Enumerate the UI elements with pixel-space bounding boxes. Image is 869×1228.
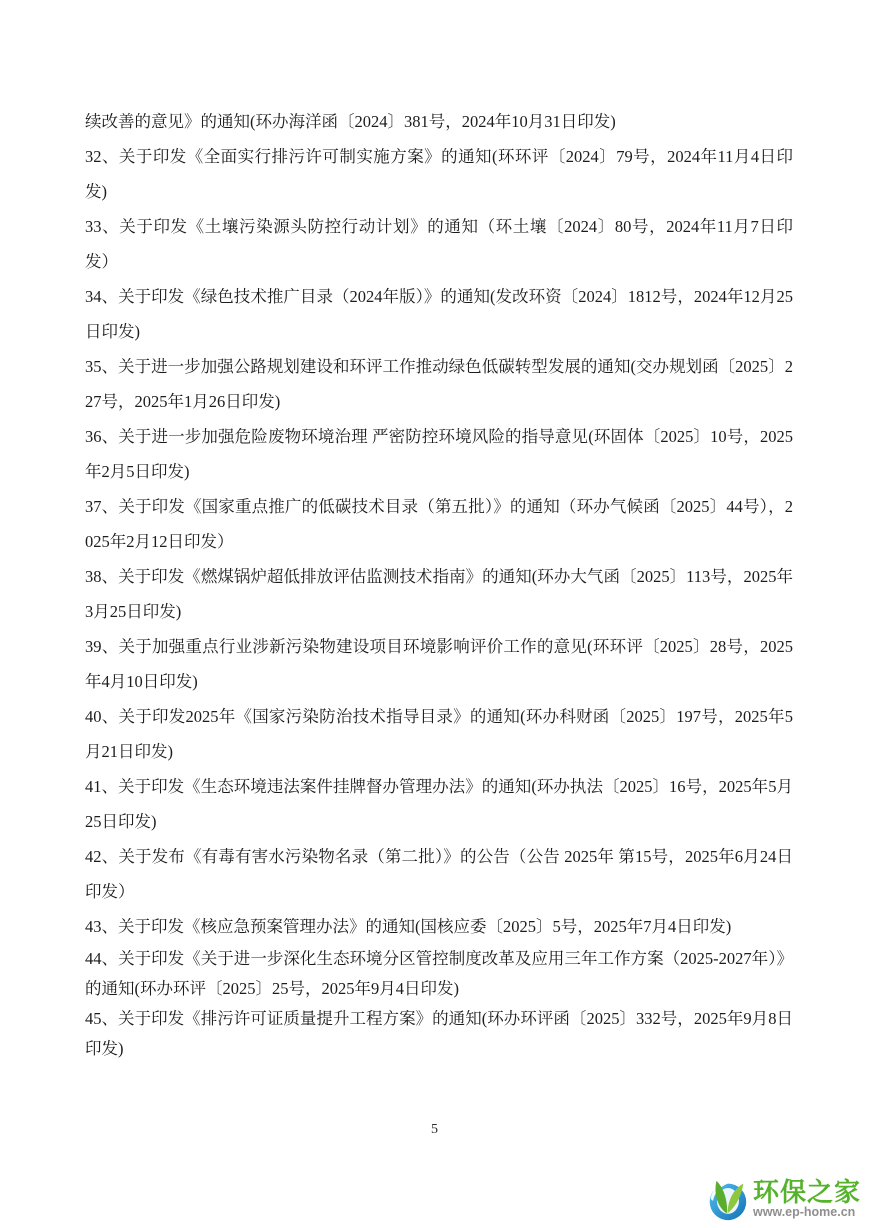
continuation-line: 续改善的意见》的通知(环办海洋函〔2024〕381号，2024年10月31日印发… [85, 104, 793, 139]
brand-name: 环保之家 [753, 1179, 861, 1205]
list-item: 41、关于印发《生态环境违法案件挂牌督办管理办法》的通知(环办执法〔2025〕1… [85, 769, 793, 839]
list-item: 32、关于印发《全面实行排污许可制实施方案》的通知(环环评〔2024〕79号，2… [85, 139, 793, 209]
list-item: 37、关于印发《国家重点推广的低碳技术目录（第五批）》的通知（环办气候函〔202… [85, 489, 793, 559]
list-item: 42、关于发布《有毒有害水污染物名录（第二批）》的公告（公告 2025年 第15… [85, 839, 793, 909]
list-item: 43、关于印发《核应急预案管理办法》的通知(国核应委〔2025〕5号，2025年… [85, 909, 793, 944]
list-item: 39、关于加强重点行业涉新污染物建设项目环境影响评价工作的意见(环环评〔2025… [85, 629, 793, 699]
list-item: 33、关于印发《土壤污染源头防控行动计划》的通知（环土壤〔2024〕80号，20… [85, 209, 793, 279]
list-item: 40、关于印发2025年《国家污染防治技术指导目录》的通知(环办科财函〔2025… [85, 699, 793, 769]
watermark-text-block: 环保之家 www.ep-home.cn [753, 1179, 861, 1219]
brand-url: www.ep-home.cn [753, 1206, 861, 1219]
list-item: 34、关于印发《绿色技术推广目录（2024年版）》的通知(发改环资〔2024〕1… [85, 279, 793, 349]
list-item: 44、关于印发《关于进一步深化生态环境分区管控制度改革及应用三年工作方案（202… [85, 944, 793, 1004]
list-item: 45、关于印发《排污许可证质量提升工程方案》的通知(环办环评函〔2025〕332… [85, 1004, 793, 1064]
document-body: 续改善的意见》的通知(环办海洋函〔2024〕381号，2024年10月31日印发… [85, 104, 793, 1064]
leaf-sprout-icon [703, 1175, 751, 1223]
document-page: 续改善的意见》的通知(环办海洋函〔2024〕381号，2024年10月31日印发… [0, 0, 869, 1228]
list-item: 35、关于进一步加强公路规划建设和环评工作推动绿色低碳转型发展的通知(交办规划函… [85, 349, 793, 419]
watermark-logo: 环保之家 www.ep-home.cn [703, 1175, 861, 1223]
page-number: 5 [0, 1122, 869, 1138]
list-item: 38、关于印发《燃煤锅炉超低排放评估监测技术指南》的通知(环办大气函〔2025〕… [85, 559, 793, 629]
list-item: 36、关于进一步加强危险废物环境治理 严密防控环境风险的指导意见(环固体〔202… [85, 419, 793, 489]
